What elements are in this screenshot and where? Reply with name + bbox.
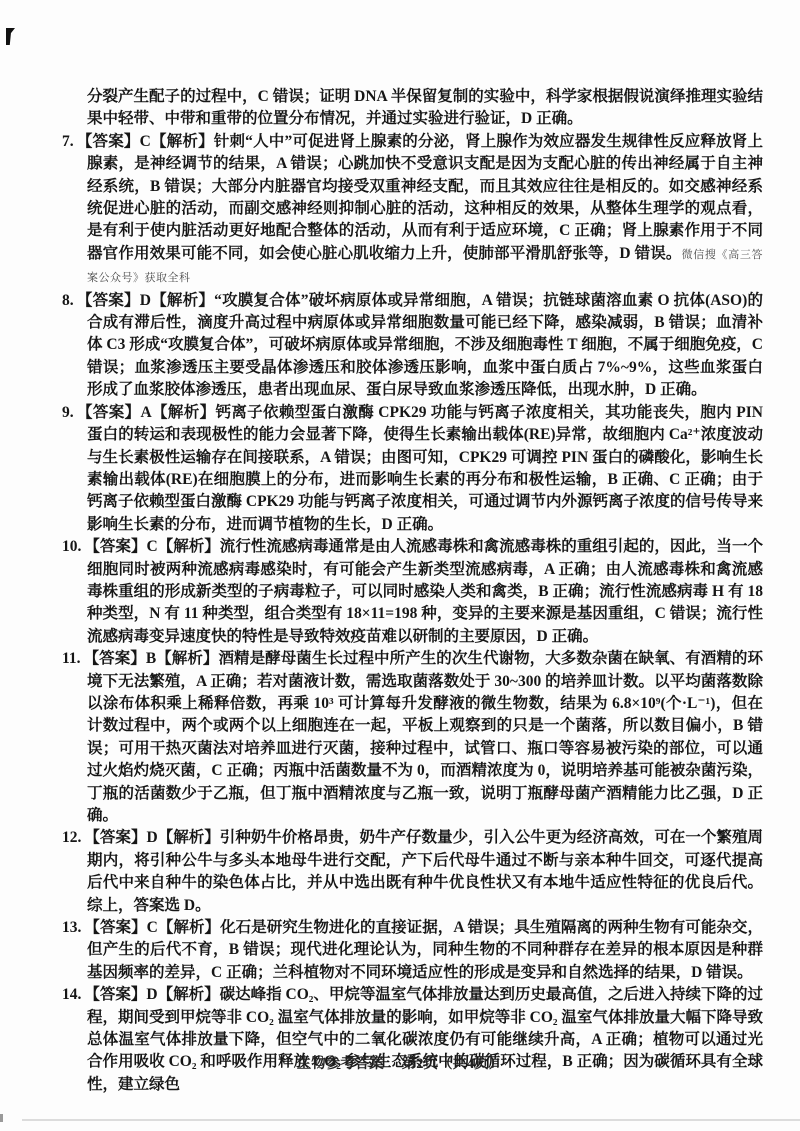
answer-item-10: 10.【答案】C【解析】流行性流感病毒通常是由人流感毒株和禽流感毒株的重组引起的… xyxy=(62,536,763,648)
scan-corner-mark xyxy=(6,28,15,45)
answer-letter: C xyxy=(140,133,151,150)
answer-item-11: 11.【答案】B【解析】酒精是酵母菌生长过程中所产生的次生代谢物，大多数杂菌在缺… xyxy=(62,648,763,827)
item-number: 13. xyxy=(62,919,81,936)
answer-item-13: 13.【答案】C【解析】化石是研究生物进化的直接证据，A 错误；具生殖隔离的两种… xyxy=(62,917,763,984)
answer-letter: A xyxy=(140,404,151,421)
scan-edge-tick xyxy=(0,1114,3,1122)
answer-label: 【答案】 xyxy=(84,919,146,936)
page-footer: 生物参考答案第2页（共4页） xyxy=(0,1052,800,1073)
item-number: 9. xyxy=(62,404,74,421)
analysis-text: 钙离子依赖型蛋白激酶 CPK29 功能与钙离子浓度相关，其功能丧失，胞内 PIN… xyxy=(87,404,763,533)
answer-letter: B xyxy=(146,650,156,667)
footer-page-info: 第2页（共4页） xyxy=(402,1056,504,1072)
item-number: 12. xyxy=(62,829,81,846)
answer-letter: D xyxy=(146,986,157,1003)
item-number: 7. xyxy=(62,133,74,150)
answer-letter: C xyxy=(147,919,158,936)
analysis-label: 【解析】 xyxy=(156,650,218,667)
answer-item-7: 7.【答案】C【解析】针刺“人中”可促进肾上腺素的分泌，肾上腺作为效应器发生规律… xyxy=(62,131,763,290)
answer-item-12: 12.【答案】D【解析】引种奶牛价格昂贵，奶牛产仔数量少，引入公牛更为经济高效，… xyxy=(62,827,763,917)
answer-letter: D xyxy=(140,292,151,309)
analysis-text: 针刺“人中”可促进肾上腺素的分泌，肾上腺作为效应器发生规律性反应释放肾上腺素，是… xyxy=(87,133,763,262)
answer-item-14: 14.【答案】D【解析】碳达峰指 CO₂、甲烷等温室气体排放量达到历史最高值，之… xyxy=(62,984,763,1096)
analysis-label: 【解析】 xyxy=(158,986,220,1003)
footer-title: 生物参考答案 xyxy=(297,1056,384,1072)
answer-label: 【答案】 xyxy=(84,650,146,667)
scan-edge-line xyxy=(22,1119,800,1121)
answer-label: 【答案】 xyxy=(77,292,140,309)
answer-label: 【答案】 xyxy=(77,404,141,421)
item-number: 14. xyxy=(62,986,81,1003)
analysis-label: 【解析】 xyxy=(158,919,220,936)
analysis-label: 【解析】 xyxy=(151,292,214,309)
item-number: 11. xyxy=(62,650,81,667)
analysis-label: 【解析】 xyxy=(152,404,216,421)
answer-label: 【答案】 xyxy=(84,829,146,846)
answer-item-8: 8.【答案】D【解析】“攻膜复合体”破坏病原体或异常细胞，A 错误；抗链球菌溶血… xyxy=(62,290,763,402)
analysis-label: 【解析】 xyxy=(151,133,214,150)
answer-key-content: 分裂产生配子的过程中，C 错误；证明 DNA 半保留复制的实验中，科学家根据假说… xyxy=(62,86,763,1096)
answer-letter: D xyxy=(146,829,157,846)
answer-item-9: 9.【答案】A【解析】钙离子依赖型蛋白激酶 CPK29 功能与钙离子浓度相关，其… xyxy=(62,402,763,536)
answer-label: 【答案】 xyxy=(84,538,146,555)
question-6-continuation: 分裂产生配子的过程中，C 错误；证明 DNA 半保留复制的实验中，科学家根据假说… xyxy=(62,86,763,131)
answer-label: 【答案】 xyxy=(77,133,140,150)
answer-letter: C xyxy=(146,538,157,555)
answer-label: 【答案】 xyxy=(84,986,146,1003)
item-number: 8. xyxy=(62,292,74,309)
analysis-label: 【解析】 xyxy=(158,829,220,846)
item-number: 10. xyxy=(62,538,81,555)
analysis-label: 【解析】 xyxy=(158,538,220,555)
analysis-text: 酒精是酵母菌生长过程中所产生的次生代谢物，大多数杂菌在缺氧、有酒精的环境下无法繁… xyxy=(87,650,763,824)
